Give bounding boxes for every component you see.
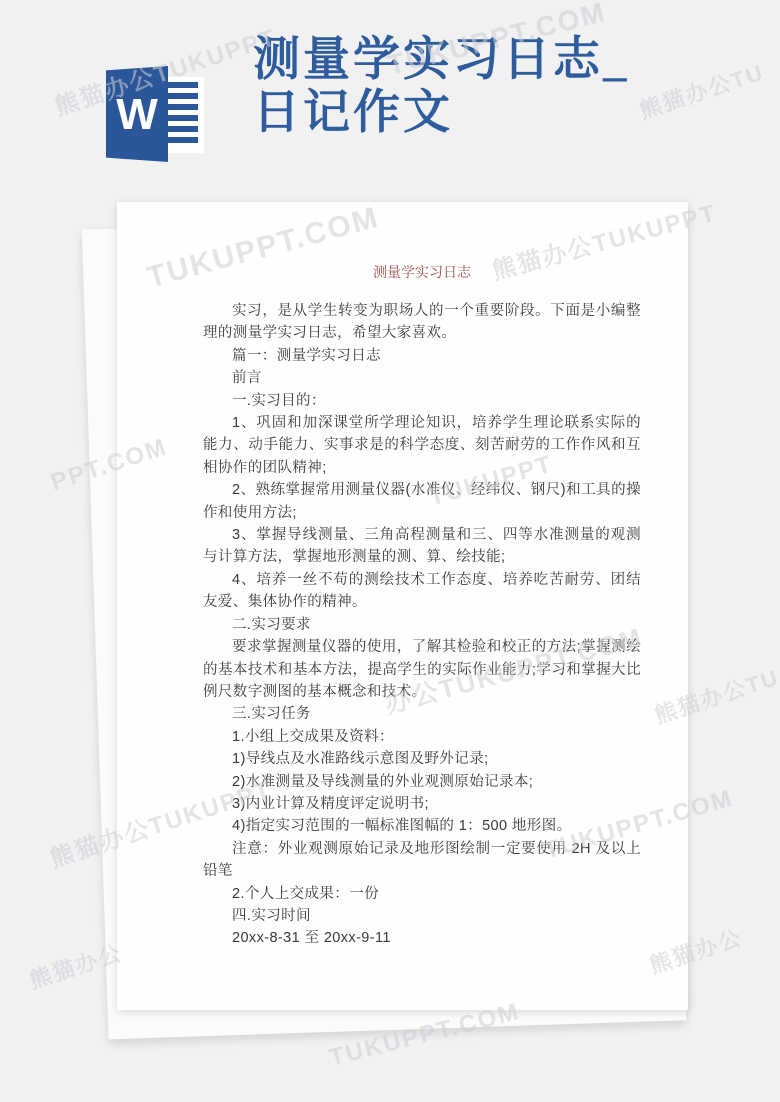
doc-paragraph: 1、巩固和加深课堂所学理论知识，培养学生理论联系实际的能力、动手能力、实事求是的… xyxy=(203,412,641,479)
doc-paragraph: 20xx-8-31 至 20xx-9-11 xyxy=(203,927,641,949)
doc-paragraph: 前言 xyxy=(203,367,641,389)
doc-paragraph: 1)导线点及水准路线示意图及野外记录; xyxy=(203,748,641,770)
doc-paragraph: 3、掌握导线测量、三角高程测量和三、四等水准测量的观测与计算方法，掌握地形测量的… xyxy=(203,524,641,569)
word-icon-letter: W xyxy=(116,91,158,137)
doc-paragraph: 注意：外业观测原始记录及地形图绘制一定要使用 2H 及以上铅笔 xyxy=(203,838,641,883)
page-title: 测量学实习日志_日记作文 xyxy=(253,34,630,140)
page-title-line2: 日记作文 xyxy=(253,87,453,139)
doc-paragraph: 三.实习任务 xyxy=(203,703,641,725)
doc-paragraph: 2)水准测量及导线测量的外业观测原始记录本; xyxy=(203,771,641,793)
doc-paragraph: 二.实习要求 xyxy=(203,614,641,636)
doc-paragraph: 4、培养一丝不苟的测绘技术工作态度、培养吃苦耐劳、团结友爱、集体协作的精神。 xyxy=(203,569,641,614)
doc-paragraph: 4)指定实习范围的一幅标准图幅的 1：500 地形图。 xyxy=(203,815,641,837)
doc-paragraph: 四.实习时间 xyxy=(203,905,641,927)
word-icon-document-part xyxy=(162,77,204,153)
doc-paragraph: 篇一：测量学实习日志 xyxy=(203,345,641,367)
doc-paragraph: 2、熟练掌握常用测量仪器(水准仪、经纬仪、钢尺)和工具的操作和使用方法; xyxy=(203,479,641,524)
doc-paragraph: 实习，是从学生转变为职场人的一个重要阶段。下面是小编整理的测量学实习日志，希望大… xyxy=(203,300,641,345)
doc-paragraph: 2.个人上交成果：一份 xyxy=(203,883,641,905)
word-icon-cover: W xyxy=(106,66,168,162)
page-title-line1: 测量学实习日志_ xyxy=(253,34,630,86)
word-icon: W xyxy=(106,66,206,162)
document-page: 测量学实习日志 实习，是从学生转变为职场人的一个重要阶段。下面是小编整理的测量学… xyxy=(117,202,688,1010)
doc-paragraph: 要求掌握测量仪器的使用，了解其检验和校正的方法;掌握测绘的基本技术和基本方法，提… xyxy=(203,636,641,703)
document-body: 实习，是从学生转变为职场人的一个重要阶段。下面是小编整理的测量学实习日志，希望大… xyxy=(203,300,641,950)
page-background: W 测量学实习日志_日记作文 测量学实习日志 实习，是从学生转变为职场人的一个重… xyxy=(0,0,780,1102)
doc-paragraph: 1.小组上交成果及资料： xyxy=(203,726,641,748)
doc-paragraph: 3)内业计算及精度评定说明书; xyxy=(203,793,641,815)
document-title: 测量学实习日志 xyxy=(203,264,641,284)
watermark-text: 熊猫办公TU xyxy=(635,56,768,125)
doc-paragraph: 一.实习目的： xyxy=(203,390,641,412)
